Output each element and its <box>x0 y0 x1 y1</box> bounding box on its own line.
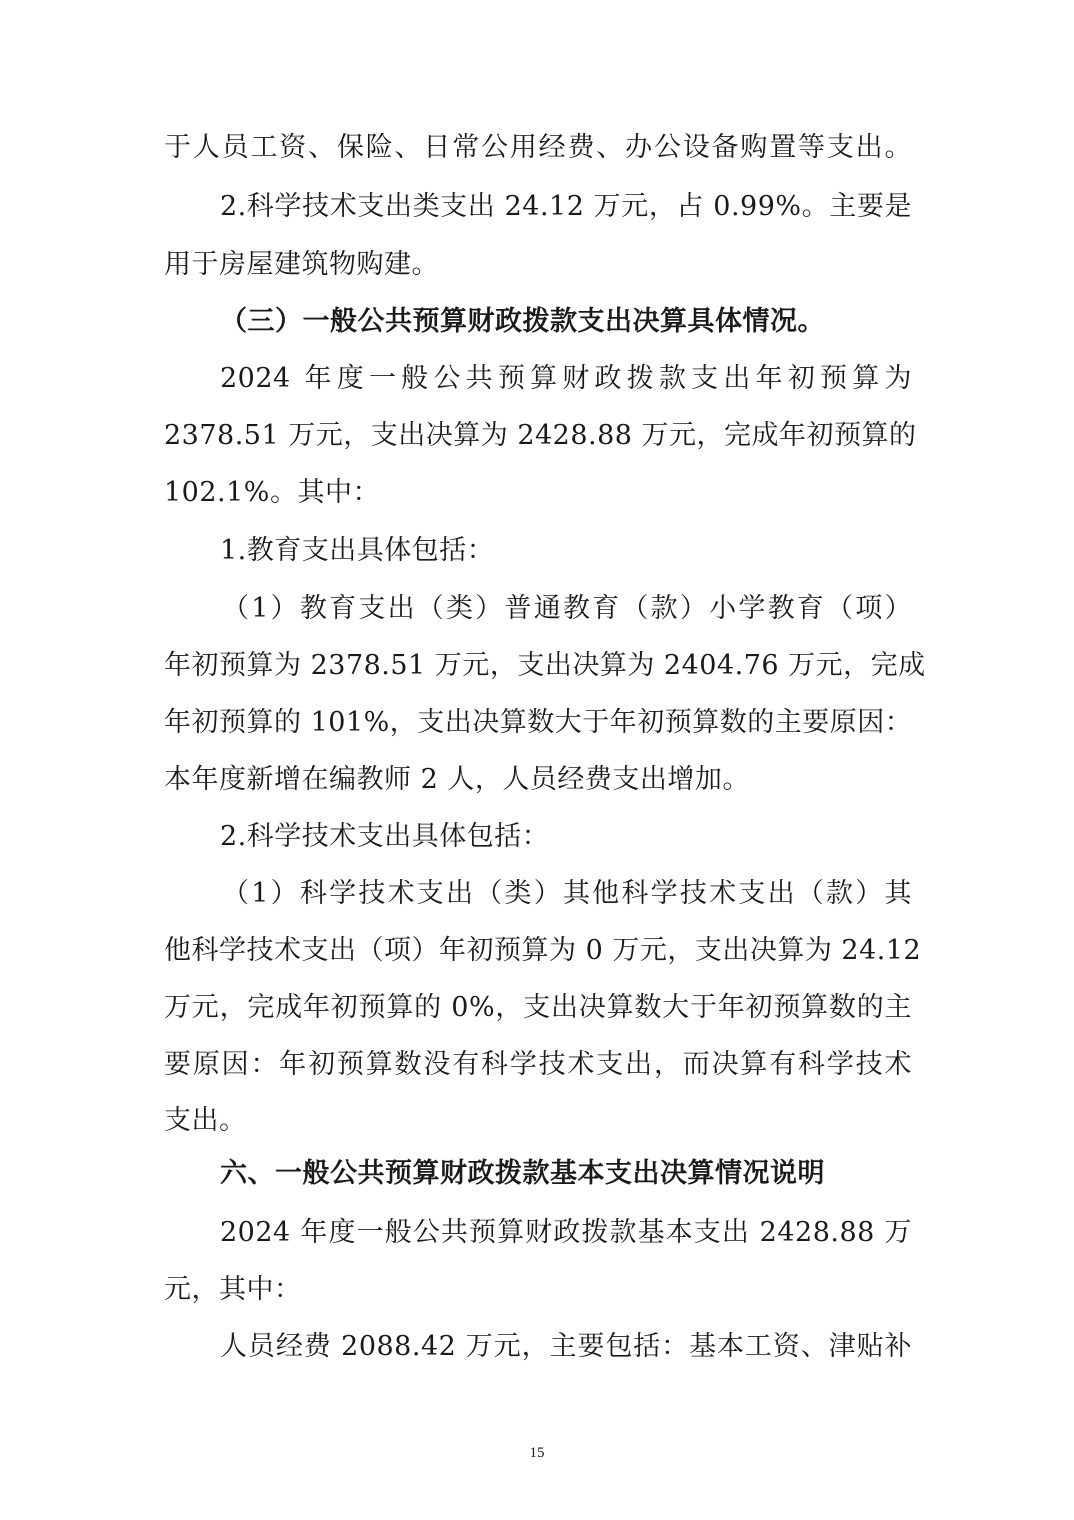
paragraph-line: 年初预算为 2378.51 万元，支出决算为 2404.76 万元，完成 <box>164 649 912 683</box>
list-heading: 1.教育支出具体包括： <box>220 534 912 568</box>
paragraph-line: 用于房屋建筑物购建。 <box>164 248 912 282</box>
paragraph-line: 支出。 <box>164 1104 912 1138</box>
paragraph-line: 本年度新增在编教师 2 人，人员经费支出增加。 <box>164 763 912 797</box>
paragraph-line: 要原因：年初预算数没有科学技术支出，而决算有科学技术 <box>164 1048 912 1082</box>
chapter-heading: 六、一般公共预算财政拨款基本支出决算情况说明 <box>220 1157 968 1191</box>
paragraph-line: 于人员工资、保险、日常公用经费、办公设备购置等支出。 <box>164 131 912 165</box>
paragraph-line: 他科学技术支出（项）年初预算为 0 万元，支出决算为 24.12 <box>164 934 912 968</box>
paragraph-line: 2.科学技术支出类支出 24.12 万元，占 0.99%。主要是 <box>220 190 912 224</box>
page-number: 15 <box>0 1445 1074 1462</box>
paragraph-line: 万元，完成年初预算的 0%，支出决算数大于年初预算数的主 <box>164 991 912 1025</box>
paragraph-line: 元，其中： <box>164 1273 912 1307</box>
list-heading: 2.科学技术支出具体包括： <box>220 820 912 854</box>
paragraph-line: 2378.51 万元，支出决算为 2428.88 万元，完成年初预算的 <box>164 419 912 453</box>
paragraph-line: （1）教育支出（类）普通教育（款）小学教育（项） <box>222 592 912 626</box>
paragraph-line: 人员经费 2088.42 万元，主要包括：基本工资、津贴补 <box>220 1330 912 1364</box>
section-heading: （三）一般公共预算财政拨款支出决算具体情况。 <box>220 305 968 339</box>
paragraph-line: 2024 年度一般公共预算财政拨款基本支出 2428.88 万 <box>220 1216 912 1250</box>
paragraph-line: 年初预算的 101%，支出决算数大于年初预算数的主要原因： <box>164 706 912 740</box>
paragraph-line: 102.1%。其中： <box>164 476 912 510</box>
paragraph-line: 2024 年度一般公共预算财政拨款支出年初预算为 <box>220 362 912 396</box>
paragraph-line: （1）科学技术支出（类）其他科学技术支出（款）其 <box>222 877 912 911</box>
